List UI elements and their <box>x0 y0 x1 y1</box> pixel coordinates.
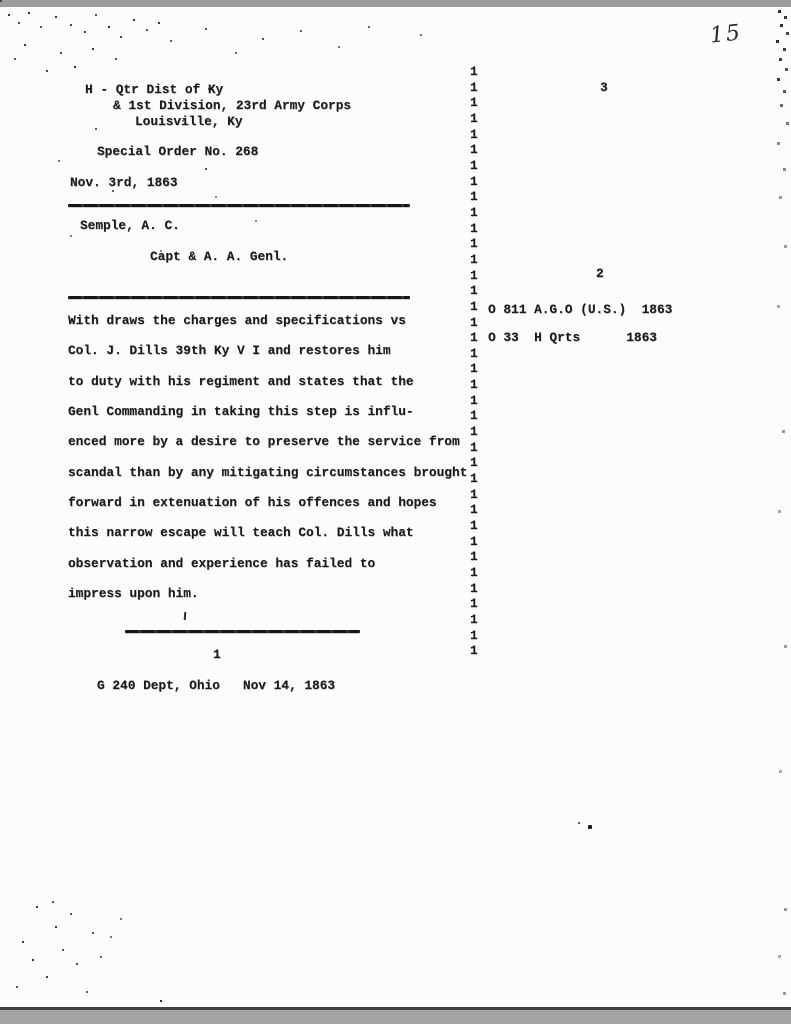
officer-name: Semple, A. C. <box>80 218 180 233</box>
document-line: to duty with his regiment and states tha… <box>68 367 467 397</box>
document-line: Col. J. Dills 39th Ky V I and restores h… <box>68 336 467 366</box>
tally-mark: 1 <box>470 424 478 440</box>
archive-reference-1: O 811 A.G.O (U.S.) 1863 <box>488 302 672 317</box>
tally-mark: 1 <box>470 80 478 96</box>
typed-divider-rule <box>68 204 410 207</box>
typed-divider-rule <box>68 296 410 299</box>
document-line: forward in extenuation of his offences a… <box>68 488 467 518</box>
tally-mark: 1 <box>470 455 478 471</box>
tally-mark: 1 <box>470 236 478 252</box>
document-line: With draws the charges and specification… <box>68 306 467 336</box>
order-body-text: With draws the charges and specification… <box>68 306 467 609</box>
tally-mark: 1 <box>470 440 478 456</box>
tally-mark: 1 <box>470 502 478 518</box>
tally-mark: 1 <box>470 408 478 424</box>
tally-mark: 1 <box>470 361 478 377</box>
tally-mark: 1 <box>470 174 478 190</box>
tally-mark: 1 <box>470 518 478 534</box>
header-line-3: Louisville, Ky <box>135 114 243 129</box>
tally-mark: 1 <box>470 189 478 205</box>
tally-mark: 1 <box>470 643 478 659</box>
tally-mark: 1 <box>470 315 478 331</box>
tally-mark: 1 <box>470 628 478 644</box>
document-line: scandal than by any mitigating circumsta… <box>68 458 467 488</box>
tally-mark: 1 <box>470 142 478 158</box>
tally-mark: 1 <box>470 330 478 346</box>
tally-mark: 1 <box>470 549 478 565</box>
archive-reference-2: O 33 H Qrts 1863 <box>488 330 657 345</box>
document-line: impress upon him. <box>68 579 467 609</box>
tally-mark: 1 <box>470 487 478 503</box>
tally-mark: 1 <box>470 534 478 550</box>
tally-mark: 1 <box>470 299 478 315</box>
ink-speck <box>588 825 592 829</box>
tally-mark: 1 <box>470 612 478 628</box>
document-line: Genl Commanding in taking this step is i… <box>68 397 467 427</box>
officer-title: Capt & A. A. Genl. <box>150 249 288 264</box>
scanner-edge-top <box>0 0 791 7</box>
document-line: observation and experience has failed to <box>68 549 467 579</box>
order-date-line: Nov. 3rd, 1863 <box>70 175 178 190</box>
card-page-number: 1 <box>213 647 221 662</box>
document-line: this narrow escape will teach Col. Dills… <box>68 518 467 548</box>
tally-mark: 1 <box>470 252 478 268</box>
tally-mark: 1 <box>470 283 478 299</box>
stray-mark <box>184 612 187 620</box>
handwritten-page-number: 15 <box>709 20 743 48</box>
tally-mark: 1 <box>470 158 478 174</box>
tally-mark: 1 <box>470 127 478 143</box>
tally-mark: 1 <box>470 111 478 127</box>
footer-reference-line: G 240 Dept, Ohio Nov 14, 1863 <box>97 678 335 693</box>
tally-mark: 1 <box>470 205 478 221</box>
tally-mark: 1 <box>470 346 478 362</box>
tally-mark: 1 <box>470 64 478 80</box>
tally-mark: 1 <box>470 393 478 409</box>
tally-mark: 1 <box>470 95 478 111</box>
annotation-number-top: 3 <box>600 80 608 95</box>
tally-mark: 1 <box>470 221 478 237</box>
annotation-number-mid: 2 <box>596 266 604 281</box>
scan-noise-bottom-left <box>0 0 2 2</box>
tally-mark: 1 <box>470 268 478 284</box>
scanner-edge-bottom <box>0 1007 791 1024</box>
margin-tally-column: 11111111111111111111111111111111111111 <box>470 64 478 659</box>
header-line-2: & 1st Division, 23rd Army Corps <box>113 98 351 113</box>
typed-divider-rule <box>125 630 360 633</box>
tally-mark: 1 <box>470 596 478 612</box>
scanned-document-page: 15 H - Qtr Dist of Ky & 1st Division, 23… <box>0 0 791 1024</box>
tally-mark: 1 <box>470 377 478 393</box>
header-line-1: H - Qtr Dist of Ky <box>85 82 223 97</box>
document-line: enced more by a desire to preserve the s… <box>68 427 467 457</box>
ink-speck <box>578 822 580 824</box>
tally-mark: 1 <box>470 565 478 581</box>
tally-mark: 1 <box>470 471 478 487</box>
special-order-line: Special Order No. 268 <box>97 144 258 159</box>
tally-mark: 1 <box>470 581 478 597</box>
